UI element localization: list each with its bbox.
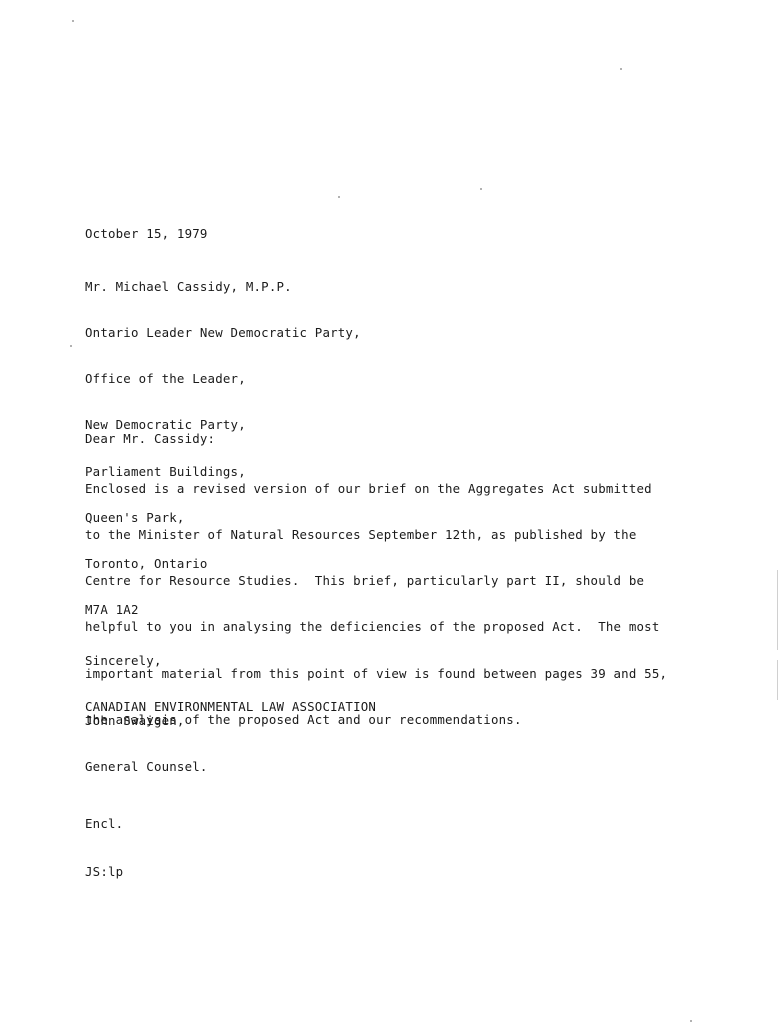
scan-speck	[338, 196, 340, 198]
scan-edge-mark	[777, 570, 778, 650]
scan-edge-mark	[777, 660, 778, 700]
closing-salutation: Sincerely,	[85, 653, 376, 668]
initials-text: JS:lp	[85, 864, 123, 879]
letter-page: October 15, 1979 Mr. Michael Cassidy, M.…	[0, 0, 782, 1024]
body-line: to the Minister of Natural Resources Sep…	[85, 527, 667, 542]
body-line: Centre for Resource Studies. This brief,…	[85, 573, 667, 588]
scan-speck	[480, 188, 482, 190]
scan-speck	[620, 68, 622, 70]
scan-speck	[70, 345, 72, 347]
recipient-name: Mr. Michael Cassidy, M.P.P.	[85, 279, 361, 294]
date-text: October 15, 1979	[85, 226, 208, 241]
recipient-title: Ontario Leader New Democratic Party,	[85, 325, 361, 340]
scan-speck	[72, 20, 74, 22]
body-line: Enclosed is a revised version of our bri…	[85, 481, 667, 496]
salutation-text: Dear Mr. Cassidy:	[85, 431, 215, 446]
signer-name: John Swaigen,	[85, 713, 208, 728]
enclosure-text: Encl.	[85, 816, 123, 831]
signer-title: General Counsel.	[85, 759, 208, 774]
recipient-office: Office of the Leader,	[85, 371, 361, 386]
reference-initials: JS:lp	[85, 833, 123, 910]
scan-speck	[690, 1020, 692, 1022]
